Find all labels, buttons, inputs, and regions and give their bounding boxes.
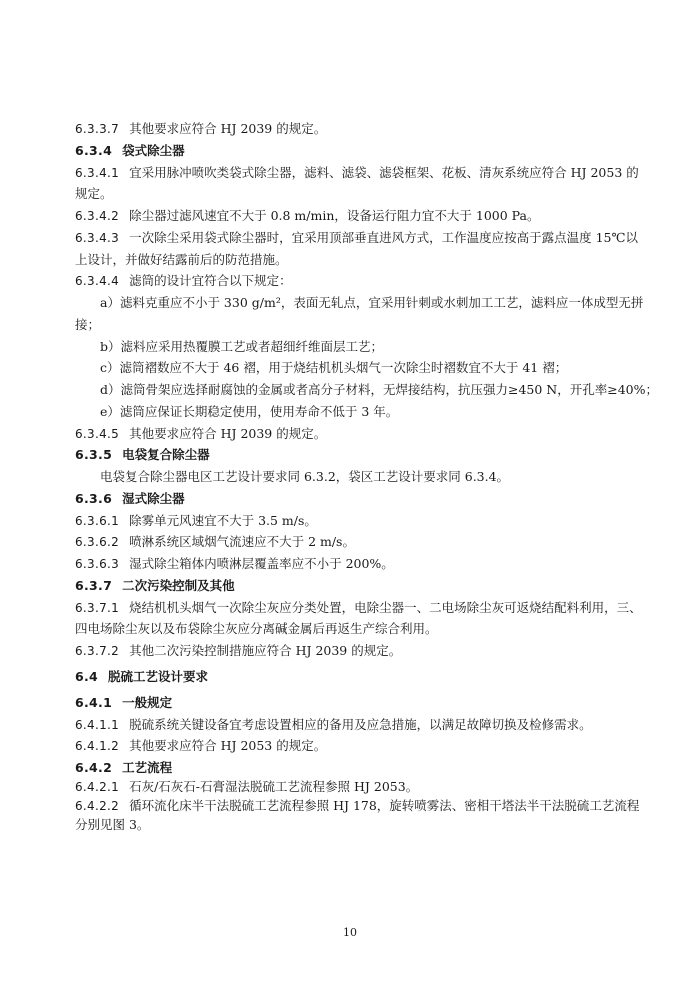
page-number: 10 xyxy=(0,926,700,939)
clause-6-3-6-1: 6.3.6.1除雾单元风速宜不大于 3.5 m/s。 xyxy=(75,513,635,529)
clause-6-3-7-1: 6.3.7.1烧结机机头烟气一次除尘灰应分类处置，电除尘器一、二电场除尘灰可返烧… xyxy=(75,600,635,616)
clause-6-3-4-3: 6.3.4.3一次除尘采用袋式除尘器时，宜采用顶部垂直进风方式，工作温度应按高于… xyxy=(75,230,635,246)
clause-6-3-4-3-cont: 上设计，并做好结露前后的防范措施。 xyxy=(75,252,635,268)
section-heading-6-4-2: 6.4.2工艺流程 xyxy=(75,760,635,776)
clause-6-4-1-1: 6.4.1.1脱硫系统关键设备宜考虑设置相应的备用及应急措施，以满足故障切换及检… xyxy=(75,717,635,733)
clause-6-4-2-2-cont: 分别见图 3。 xyxy=(75,817,635,833)
clause-6-3-3-7: 6.3.3.7其他要求应符合 HJ 2039 的规定。 xyxy=(75,121,635,137)
clause-6-3-4-5: 6.3.4.5其他要求应符合 HJ 2039 的规定。 xyxy=(75,426,635,442)
section-heading-6-4: 6.4脱硫工艺设计要求 xyxy=(75,669,635,685)
list-item-c: c）滤筒褶数应不大于 46 褶，用于烧结机机头烟气一次除尘时褶数宜不大于 41 … xyxy=(100,360,660,376)
clause-6-4-2-2: 6.4.2.2循环流化床半干法脱硫工艺流程参照 HJ 178，旋转喷雾法、密相干… xyxy=(75,798,635,814)
list-item-e: e）滤筒应保证长期稳定使用，使用寿命不低于 3 年。 xyxy=(100,404,660,420)
section-heading-6-3-7: 6.3.7二次污染控制及其他 xyxy=(75,578,635,594)
clause-6-3-7-2: 6.3.7.2其他二次污染控制措施应符合 HJ 2039 的规定。 xyxy=(75,643,635,659)
clause-6-3-4-4: 6.3.4.4滤筒的设计宜符合以下规定： xyxy=(75,273,635,289)
clause-6-3-4-2: 6.3.4.2除尘器过滤风速宜不大于 0.8 m/min，设备运行阻力宜不大于 … xyxy=(75,208,635,224)
clause-6-3-7-1-cont: 四电场除尘灰以及布袋除尘灰应分离碱金属后再返生产综合利用。 xyxy=(75,621,635,637)
clause-6-4-2-1: 6.4.2.1石灰/石灰石-石膏湿法脱硫工艺流程参照 HJ 2053。 xyxy=(75,779,635,795)
section-heading-6-4-1: 6.4.1一般规定 xyxy=(75,695,635,711)
list-item-a: a）滤料克重应不小于 330 g/m²，表面无轧点，宜采用针刺或水刺加工工艺，滤… xyxy=(100,295,660,311)
document-page: 6.3.3.7其他要求应符合 HJ 2039 的规定。 6.3.4袋式除尘器 6… xyxy=(0,0,700,989)
section-heading-6-3-5: 6.3.5电袋复合除尘器 xyxy=(75,447,635,463)
list-item-d: d）滤筒骨架应选择耐腐蚀的金属或者高分子材料，无焊接结构，抗压强力≥450 N，… xyxy=(100,382,660,398)
clause-6-3-6-3: 6.3.6.3湿式除尘箱体内喷淋层覆盖率应不小于 200%。 xyxy=(75,556,635,572)
section-heading-6-3-4: 6.3.4袋式除尘器 xyxy=(75,143,635,159)
clause-6-4-1-2: 6.4.1.2其他要求应符合 HJ 2053 的规定。 xyxy=(75,738,635,754)
list-item-b: b）滤料应采用热覆膜工艺或者超细纤维面层工艺； xyxy=(100,339,660,355)
list-item-a-cont: 接； xyxy=(75,317,635,333)
clause-6-3-6-2: 6.3.6.2喷淋系统区域烟气流速应不大于 2 m/s。 xyxy=(75,534,635,550)
clause-6-3-4-1: 6.3.4.1宜采用脉冲喷吹类袋式除尘器，滤料、滤袋、滤袋框架、花板、清灰系统应… xyxy=(75,165,635,181)
section-heading-6-3-6: 6.3.6湿式除尘器 xyxy=(75,491,635,507)
clause-6-3-4-1-cont: 规定。 xyxy=(75,186,635,202)
clause-6-3-5-body: 电袋复合除尘器电区工艺设计要求同 6.3.2，袋区工艺设计要求同 6.3.4。 xyxy=(100,469,660,485)
